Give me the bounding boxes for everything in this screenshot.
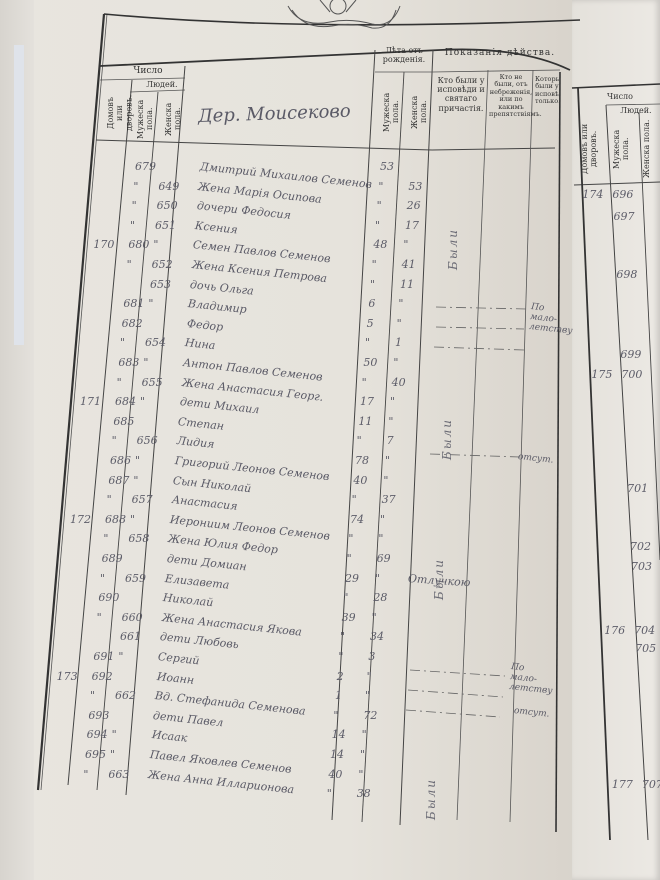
row-age-female: 1 [395,336,402,349]
right-row-male: 704 [634,624,655,637]
header-chislo: Число [118,66,178,76]
right-row-dvor: 175 [591,368,612,381]
row-age-male: " [348,532,353,545]
row-female-number: " [153,238,158,251]
row-female-number: 654 [145,336,166,349]
right-header-zhen: Женска пола. [642,118,656,180]
row-age-female: 37 [382,493,396,506]
row-female-number: " [118,650,123,663]
right-row-male: 698 [616,268,637,281]
row-female-number: 652 [152,258,173,271]
row-male-number: 682 [122,317,143,330]
row-female-number: " [130,513,135,526]
row-female-number: " [112,728,117,741]
row-male-number: 681 [123,297,144,310]
row-age-male: 5 [367,317,374,330]
header-kotorye: Которые были у исповѣди только. [535,76,559,140]
row-male-number: " [90,689,95,702]
row-age-female: " [397,317,402,330]
row-age-male: " [375,219,380,232]
row-age-female: 69 [377,552,391,565]
row-age-female: 34 [370,630,384,643]
row-age-male: " [362,376,367,389]
row-male-number: " [127,258,132,271]
row-age-male: 39 [342,611,356,624]
row-male-number: " [97,611,102,624]
header-kto-byli: Кто были у исповѣди и святаго причастія. [436,76,486,113]
row-female-number: " [143,356,148,369]
row-age-female: 17 [405,219,419,232]
row-male-number: " [112,434,117,447]
right-row-male: 699 [620,348,641,361]
row-age-female: " [358,768,363,781]
annotation-byli-4: Были [424,720,438,820]
right-row-male: 705 [635,642,656,655]
row-male-number: 684 [115,395,136,408]
row-age-male: 48 [373,238,387,251]
row-age-female: " [403,238,408,251]
row-age-male: " [327,787,332,800]
header-leta: Лѣта отъ рожденія. [376,46,432,64]
row-age-female: " [390,395,395,408]
header-dvorov: Домовъ или дворовъ. [106,88,128,138]
row-female-number: 655 [142,376,163,389]
row-age-male: 53 [380,160,394,173]
row-age-male: 29 [345,572,359,585]
row-female-number: 657 [132,493,153,506]
right-row-male: 696 [612,188,633,201]
row-age-male: 50 [363,356,377,369]
right-row-dvor: 174 [582,188,603,201]
row-age-female: 72 [363,709,377,722]
row-male-number: 695 [85,748,106,761]
row-age-male: " [347,552,352,565]
row-dvor-number: 172 [70,513,91,526]
row-age-female: " [380,513,385,526]
row-age-male: " [370,278,375,291]
row-female-number: 659 [125,572,146,585]
right-header-chislo: Число [600,92,640,101]
row-male-number: 679 [135,160,156,173]
right-row-male: 702 [630,540,651,553]
right-row-dvor: 177 [612,778,633,791]
right-header-muzh: Мужеска пола. [612,118,626,180]
row-age-male: " [333,709,338,722]
row-female-number: 658 [128,532,149,545]
right-row-dvor: 176 [604,624,625,637]
row-female-number: " [135,454,140,467]
row-age-female: 26 [407,199,421,212]
row-male-number: " [103,532,108,545]
row-age-female: " [393,356,398,369]
row-dvor-number: 171 [80,395,101,408]
right-row-male: 700 [621,368,642,381]
row-age-female: " [367,670,372,683]
header-leta-muzh: Мужеска пола. [382,84,396,140]
annotation-byli-2: Были [440,370,454,460]
row-male-number: 685 [113,415,134,428]
row-age-male: 6 [368,297,375,310]
row-female-number: " [110,748,115,761]
row-male-number: 686 [110,454,131,467]
row-female-number: " [133,474,138,487]
row-age-female: " [388,415,393,428]
row-age-female: " [383,474,388,487]
row-age-male: 40 [353,474,367,487]
row-age-female: " [375,572,380,585]
row-male-number: " [133,180,138,193]
right-row-male: 703 [631,560,652,573]
row-male-number: " [132,199,137,212]
row-age-male: " [338,650,343,663]
row-age-female: " [362,728,367,741]
row-male-number: 691 [93,650,114,663]
row-age-male: " [343,591,348,604]
header-muzh: Мужеска пола. [136,96,150,142]
row-female-number: 663 [108,768,129,781]
row-age-female: 3 [368,650,375,663]
row-male-number: 692 [92,670,113,683]
row-female-number: 651 [155,219,176,232]
row-female-number: 653 [150,278,171,291]
row-female-number: 650 [157,199,178,212]
header-lyudey: Людей. [142,80,182,89]
header-zhen: Женска пола. [164,96,178,142]
row-male-number: 694 [87,728,108,741]
row-age-female: 40 [392,376,406,389]
row-male-number: 693 [88,709,109,722]
row-age-male: 1 [335,689,342,702]
row-age-male: 40 [328,768,342,781]
row-age-male: " [352,493,357,506]
row-age-female: " [360,748,365,761]
row-age-female: " [372,611,377,624]
row-age-male: " [357,434,362,447]
row-female-number: 649 [158,180,179,193]
right-header-lyudey: Людей. [618,106,654,115]
right-header-dvorov: Домовъ или дворовъ. [580,116,602,182]
row-age-female: " [365,689,370,702]
row-age-female: 53 [408,180,422,193]
row-age-female: 38 [357,787,371,800]
annotation-byli-1: Были [446,190,460,270]
annotation-po-maloletstvu-2: По мало-летству [508,662,551,696]
row-male-number: " [130,219,135,232]
header-kto-ne-byli: Кто не были, отъ небреженія, или по каки… [489,74,533,119]
row-male-number: 687 [108,474,129,487]
row-male-number: 683 [118,356,139,369]
row-male-number: " [107,493,112,506]
row-age-female: 7 [387,434,394,447]
row-female-number: 656 [137,434,158,447]
row-male-number: " [100,572,105,585]
row-age-male: " [372,258,377,271]
row-age-male: 14 [332,728,346,741]
row-female-number: " [140,395,145,408]
row-age-male: 11 [358,415,372,428]
right-row-male: 697 [614,210,635,223]
row-dvor-number: 170 [93,238,114,251]
row-age-female: 11 [400,278,414,291]
row-male-number: 690 [98,591,119,604]
row-male-number: 680 [128,238,149,251]
row-age-female: 41 [402,258,416,271]
right-row-male: 707 [642,778,660,791]
row-age-male: 14 [330,748,344,761]
row-male-number: " [117,376,122,389]
row-female-number: " [148,297,153,310]
row-age-female: " [378,532,383,545]
header-leta-zhen: Женска пола. [410,84,424,140]
row-age-male: 78 [355,454,369,467]
row-female-number: 660 [122,611,143,624]
row-male-number: 688 [105,513,126,526]
row-dvor-number: 173 [57,670,78,683]
row-female-number: 661 [120,630,141,643]
row-male-number: " [120,336,125,349]
row-female-number: 662 [115,689,136,702]
row-male-number: 689 [102,552,123,565]
row-age-male: " [378,180,383,193]
row-age-male: 2 [337,670,344,683]
row-age-male: " [340,630,345,643]
row-age-female: " [398,297,403,310]
row-age-male: " [377,199,382,212]
right-row-male: 701 [627,482,648,495]
header-pokazaniya: Показанія дѣйства. [440,48,560,58]
row-age-male: " [365,336,370,349]
row-age-male: 74 [350,513,364,526]
row-age-female: " [385,454,390,467]
row-age-male: 17 [360,395,374,408]
row-age-female: 28 [373,591,387,604]
row-male-number: " [83,768,88,781]
annotation-po-maloletstvu: По мало-летству [528,302,559,335]
